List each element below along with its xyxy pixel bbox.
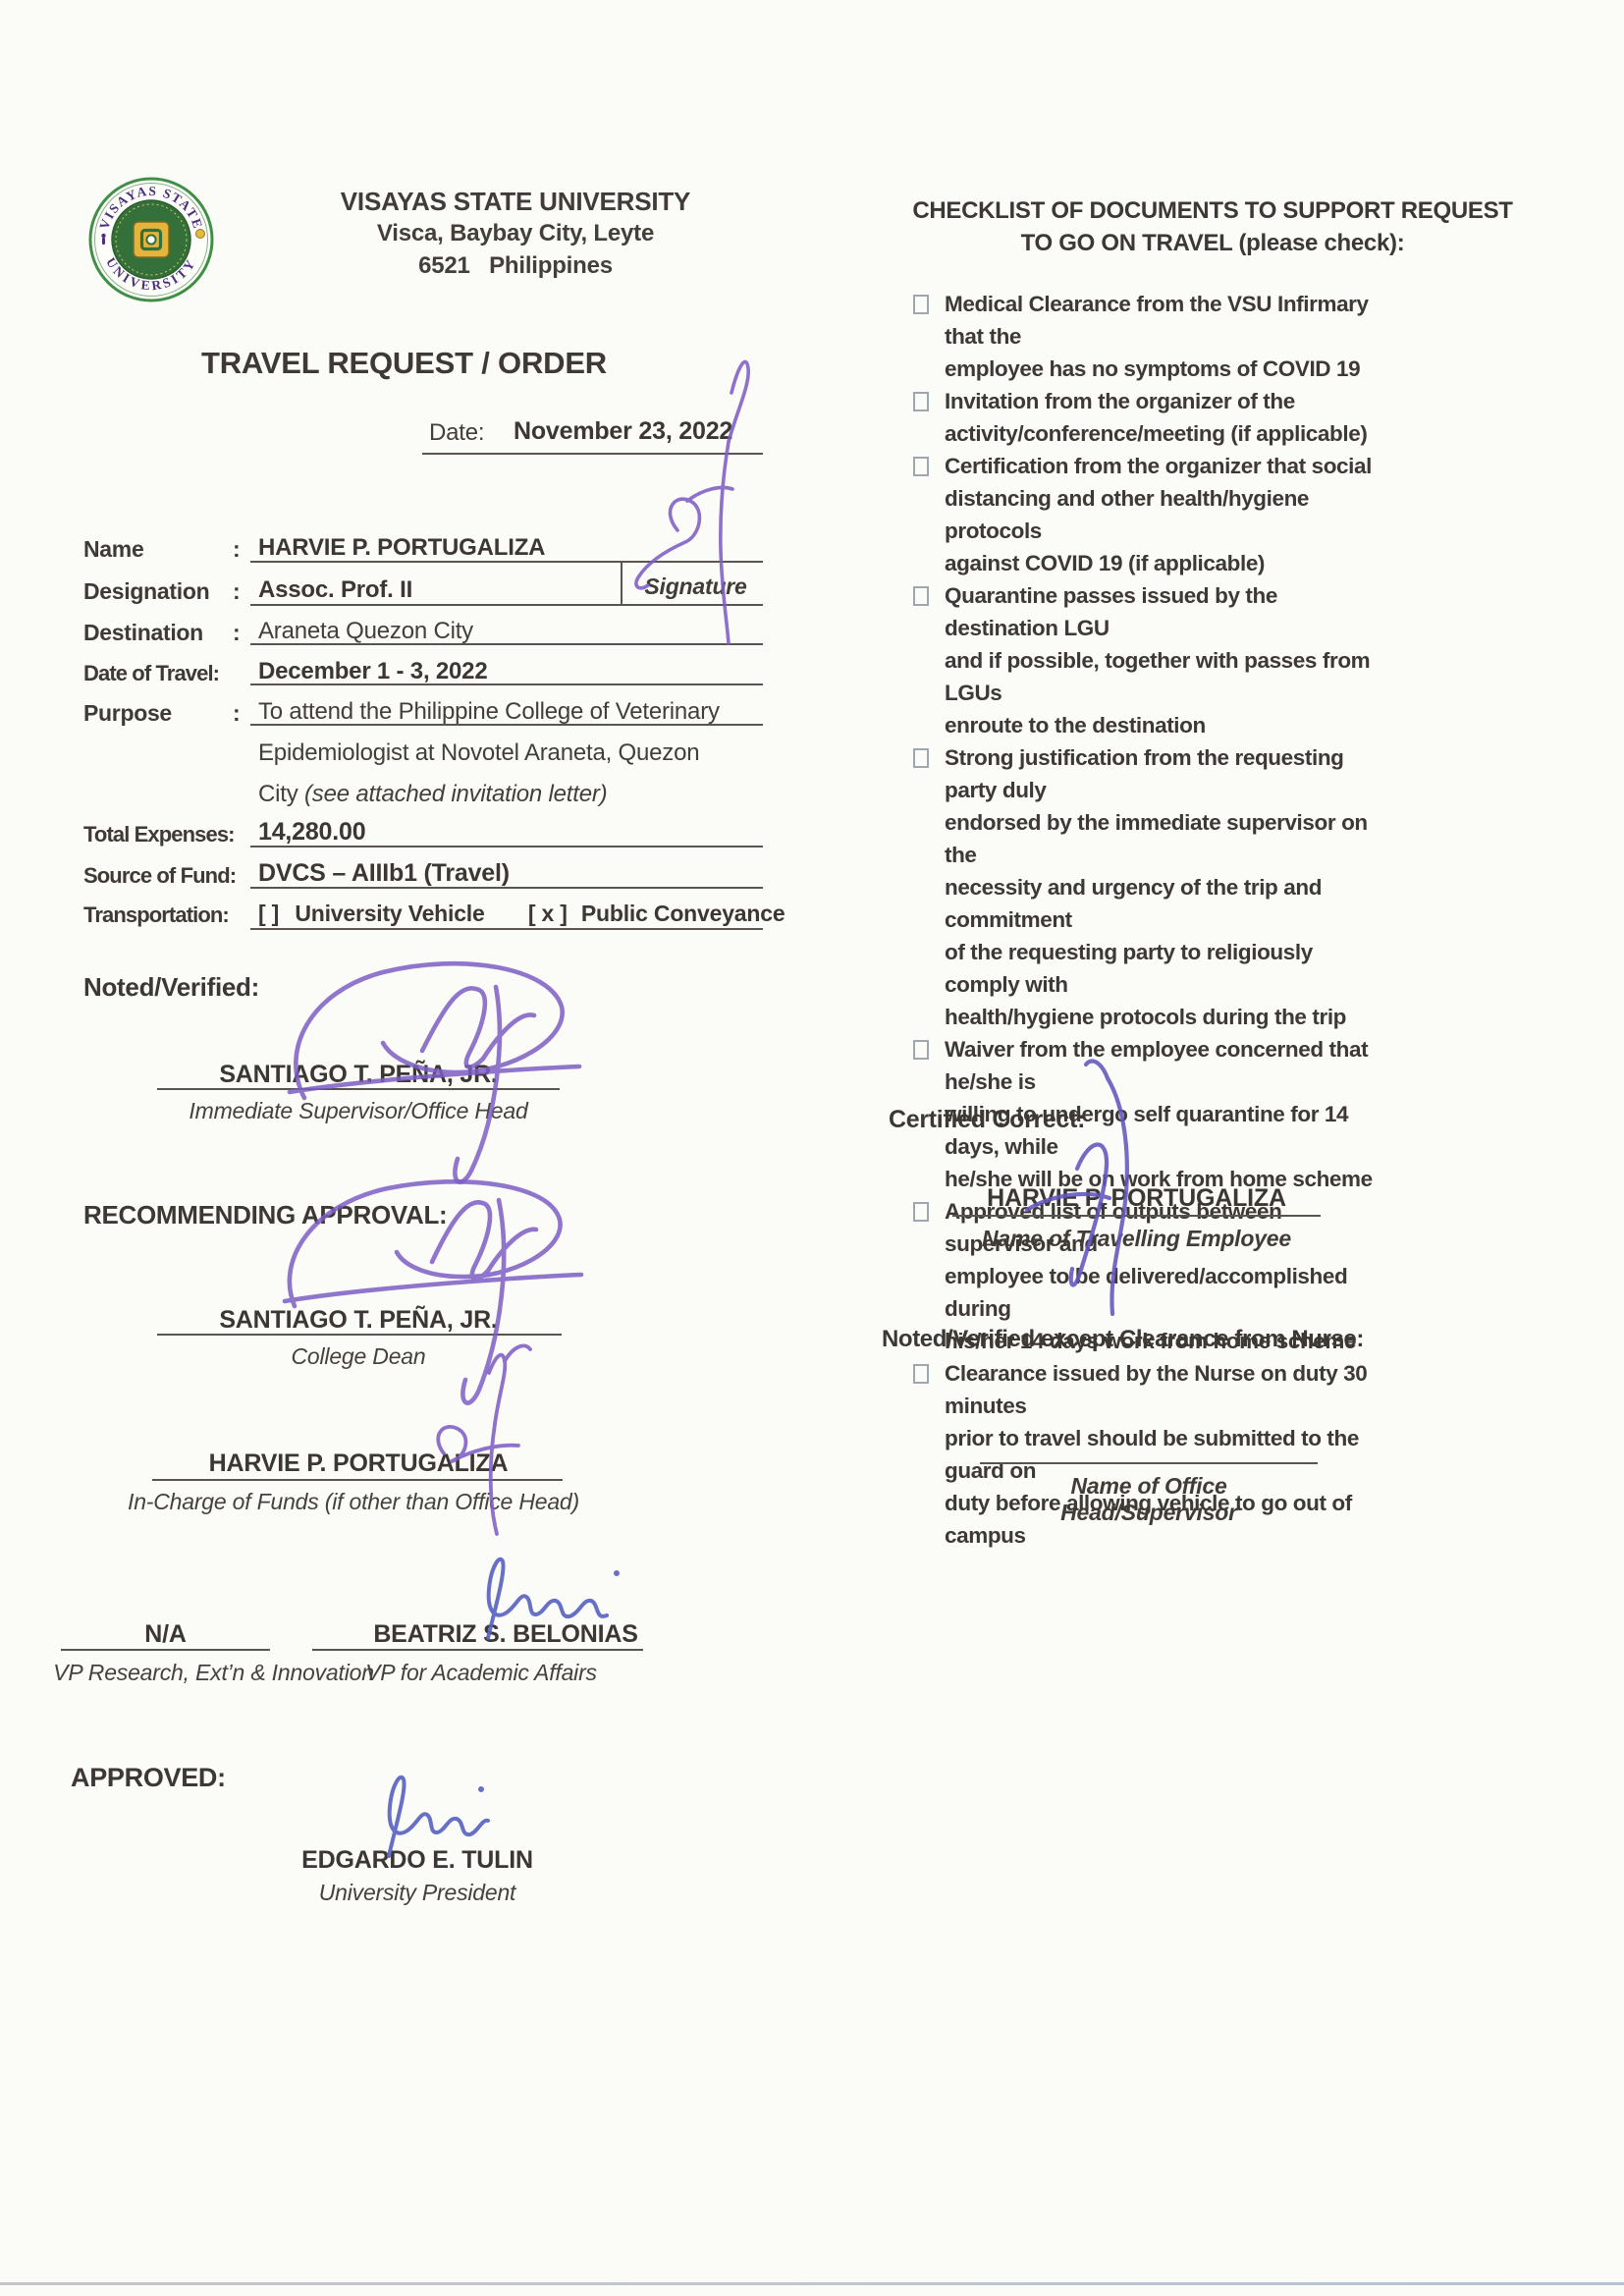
checkbox-icon	[913, 1364, 929, 1384]
date-label: Date:	[429, 419, 484, 447]
checkbox-icon	[913, 295, 929, 314]
vp-academic-name: BEATRIZ S. BELONIAS	[363, 1620, 648, 1649]
signature-ink-top-right	[636, 361, 748, 643]
date-of-travel-underline	[250, 683, 763, 685]
total-expenses-value: 14,280.00	[258, 818, 365, 847]
purpose-line3-italic: (see attached invitation letter)	[304, 781, 607, 807]
vp-research-underline	[61, 1649, 270, 1651]
purpose-label: Purpose	[83, 700, 172, 727]
checklist-item: Quarantine passes issued by the destinat…	[913, 579, 1384, 741]
transportation-underline	[250, 928, 763, 930]
travel-request-document: VISAYAS STATE UNIVERSITY VISAYAS STATE U…	[0, 0, 1624, 2296]
designation-underline	[250, 604, 763, 606]
purpose-line1: To attend the Philippine College of Vete…	[258, 698, 720, 726]
checkbox-icon	[913, 748, 929, 768]
transportation-label: Transportation:	[83, 902, 229, 928]
certified-correct-heading: Certified Correct:	[889, 1106, 1085, 1134]
destination-underline	[250, 643, 763, 645]
office-head-underline	[980, 1462, 1318, 1464]
transportation-value: [ ] University Vehicle [ x ] Public Conv…	[258, 901, 785, 927]
purpose-line2: Epidemiologist at Novotel Araneta, Quezo…	[258, 739, 699, 767]
university-vehicle-checkbox: [ ]	[258, 901, 279, 926]
source-of-fund-value: DVCS – AIIIb1 (Travel)	[258, 859, 510, 888]
funds-title: In-Charge of Funds (if other than Office…	[128, 1489, 579, 1515]
date-of-travel-value: December 1 - 3, 2022	[258, 658, 487, 685]
purpose-line3: City (see attached invitation letter)	[258, 781, 607, 808]
travelling-employee-title: Name of Travelling Employee	[952, 1226, 1321, 1252]
public-conveyance-option: Public Conveyance	[581, 901, 785, 926]
checklist-item: Strong justification from the requesting…	[913, 741, 1384, 1033]
name-label: Name	[83, 536, 143, 563]
checklist-item: Certification from the organizer that so…	[913, 450, 1384, 579]
checkbox-icon	[913, 586, 929, 606]
recommending-approval-heading: RECOMMENDING APPROVAL:	[83, 1200, 447, 1230]
name-colon: :	[233, 536, 240, 563]
noted-underline	[157, 1088, 560, 1090]
source-of-fund-label: Source of Fund:	[83, 863, 236, 889]
date-underline	[422, 453, 763, 455]
university-address-line1: Visca, Baybay City, Leyte	[324, 217, 707, 249]
checkbox-icon	[913, 457, 929, 476]
checkbox-icon	[913, 392, 929, 411]
checklist-heading: CHECKLIST OF DOCUMENTS TO SUPPORT REQUES…	[889, 194, 1537, 259]
source-of-fund-underline	[250, 887, 763, 889]
name-underline	[250, 561, 763, 563]
purpose-line3-plain: City	[258, 781, 304, 807]
checklist-item: Invitation from the organizer of the act…	[913, 385, 1384, 450]
checklist: Medical Clearance from the VSU Infirmary…	[913, 288, 1384, 1552]
destination-label: Destination	[83, 620, 203, 646]
purpose-underline	[250, 724, 763, 726]
approved-heading: APPROVED:	[71, 1763, 226, 1793]
office-head-title: Name of Office Head/Supervisor	[980, 1473, 1318, 1526]
university-name: VISAYAS STATE UNIVERSITY	[324, 187, 707, 217]
travelling-employee-underline	[952, 1215, 1321, 1217]
president-name: EDGARDO E. TULIN	[275, 1846, 560, 1875]
vp-research-name: N/A	[61, 1620, 270, 1649]
noted-title: Immediate Supervisor/Office Head	[157, 1098, 560, 1124]
dean-name: SANTIAGO T. PEÑA, JR.	[157, 1306, 560, 1335]
dean-underline	[157, 1334, 562, 1336]
funds-underline	[152, 1479, 563, 1481]
signature-box-divider	[621, 561, 623, 606]
university-vehicle-option: University Vehicle	[295, 901, 484, 926]
public-conveyance-checkbox: [ x ]	[528, 901, 568, 926]
designation-value: Assoc. Prof. II	[258, 576, 412, 604]
scan-bottom-edge	[0, 2282, 1624, 2285]
dean-title: College Dean	[157, 1343, 560, 1370]
destination-value: Araneta Quezon City	[258, 618, 473, 645]
university-address-line2: 6521 Philippines	[324, 249, 707, 282]
travelling-employee-name: HARVIE P. PORTUGALIZA	[952, 1184, 1321, 1213]
president-title: University President	[275, 1880, 560, 1906]
designation-colon: :	[233, 578, 240, 605]
signature-ink-president	[389, 1777, 488, 1856]
vp-academic-title: VP for Academic Affairs	[324, 1660, 638, 1686]
noted-verified-heading: Noted/Verified:	[83, 972, 259, 1003]
vp-academic-underline	[312, 1649, 643, 1651]
signature-box-label: Signature	[628, 574, 763, 600]
name-value: HARVIE P. PORTUGALIZA	[258, 534, 545, 562]
total-expenses-label: Total Expenses:	[83, 822, 235, 847]
page-title: TRAVEL REQUEST / ORDER	[201, 346, 607, 381]
noted-name: SANTIAGO T. PEÑA, JR.	[157, 1061, 560, 1089]
date-of-travel-label: Date of Travel:	[83, 661, 219, 686]
checkbox-icon	[913, 1202, 929, 1222]
date-value: November 23, 2022	[514, 417, 732, 446]
destination-colon: :	[233, 620, 240, 646]
letterhead: VISAYAS STATE UNIVERSITY Visca, Baybay C…	[324, 187, 707, 282]
vsu-seal-logo: VISAYAS STATE UNIVERSITY	[86, 175, 216, 304]
designation-label: Designation	[83, 578, 209, 605]
noted-except-heading: Noted/Verified except Clearance from Nur…	[882, 1326, 1364, 1353]
purpose-colon: :	[233, 700, 240, 727]
total-expenses-underline	[250, 846, 763, 847]
checklist-item: Medical Clearance from the VSU Infirmary…	[913, 288, 1384, 385]
checkbox-icon	[913, 1040, 929, 1060]
funds-name: HARVIE P. PORTUGALIZA	[152, 1449, 565, 1478]
